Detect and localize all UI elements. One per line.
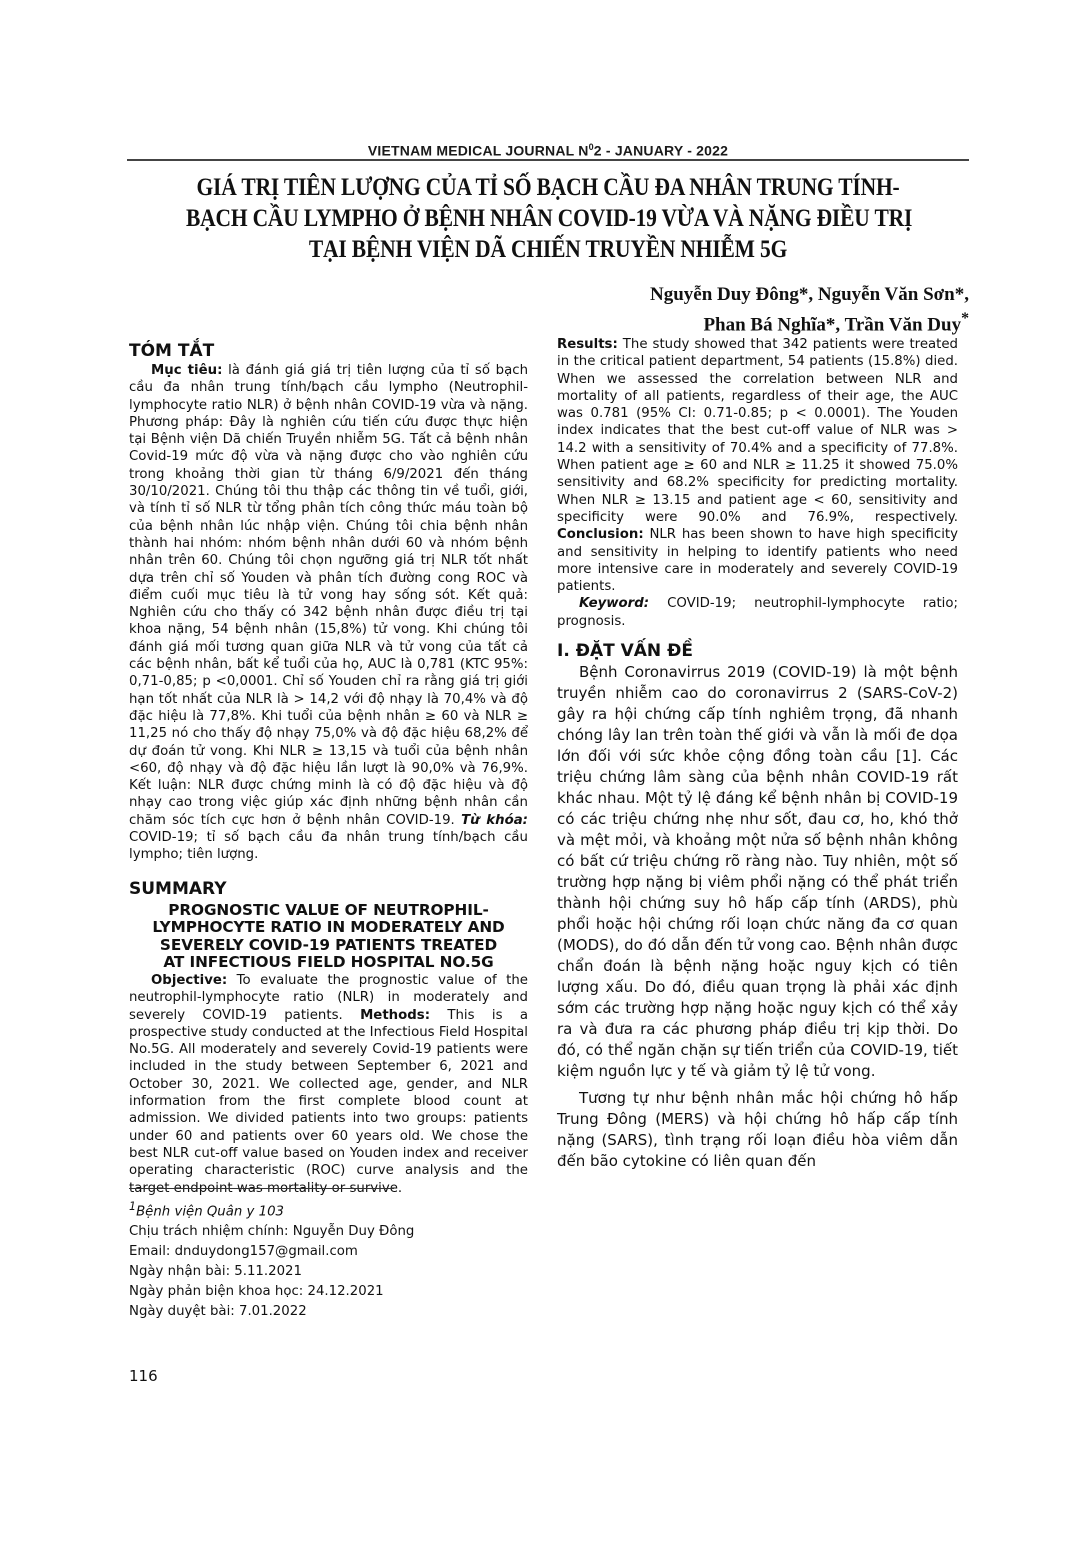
summary-title-line: LYMPHOCYTE RATIO IN MODERATELY AND (129, 919, 528, 937)
corresponding-author: Chịu trách nhiệm chính: Nguyễn Duy Đông (129, 1222, 414, 1242)
authors-line-1: Nguyễn Duy Đông*, Nguyễn Văn Sơn*, (650, 283, 969, 307)
authors-line-2-text: Phan Bá Nghĩa*, Trần Văn Duy (703, 314, 961, 335)
keyword-label-en: Keyword: (579, 596, 649, 611)
summary-body-right: Results: The study showed that 342 patie… (557, 336, 958, 595)
abstract-vi-text: là đánh giá giá trị tiên lượng của tỉ số… (129, 363, 528, 828)
author-sup: * (961, 310, 969, 327)
keywords-label-vi: Từ khóa: (461, 813, 528, 828)
conclusion-label: Conclusion: (557, 527, 644, 542)
summary-body-left: Objective: To evaluate the prognostic va… (129, 972, 528, 1197)
summary-heading: SUMMARY (129, 878, 528, 900)
keywords-vi: COVID-19; tỉ số bạch cầu đa nhân trung t… (129, 830, 528, 862)
accepted-date: Ngày duyệt bài: 7.01.2022 (129, 1302, 414, 1322)
affiliation: 1Bệnh viện Quân y 103 (129, 1197, 414, 1222)
email: Email: dnduydong157@gmail.com (129, 1242, 414, 1262)
summary-title-line: AT INFECTIOUS FIELD HOSPITAL NO.5G (129, 954, 528, 972)
review-date: Ngày phản biện khoa học: 24.12.2021 (129, 1282, 414, 1302)
affiliation-sup: 1 (129, 1200, 136, 1213)
journal-name: VIETNAM MEDICAL JOURNAL N (368, 143, 589, 159)
results-text: The study showed that 342 patients were … (557, 337, 958, 525)
article-title: GIÁ TRỊ TIÊN LƯỢNG CỦA TỈ SỐ BẠCH CẦU ĐA… (186, 172, 910, 265)
summary-title-line: SEVERELY COVID-19 PATIENTS TREATED (129, 937, 528, 955)
affiliation-text: Bệnh viện Quân y 103 (136, 1204, 284, 1219)
right-column: Results: The study showed that 342 patie… (557, 336, 958, 1172)
summary-title-line: PROGNOSTIC VALUE OF NEUTROPHIL- (129, 902, 528, 920)
left-column: TÓM TẮT Mục tiêu: là đánh giá giá trị ti… (129, 340, 528, 1197)
author-list: Nguyễn Duy Đông*, Nguyễn Văn Sơn*, Phan … (650, 283, 969, 337)
running-head: VIETNAM MEDICAL JOURNAL N02 - JANUARY - … (127, 142, 969, 159)
abstract-vi-heading: TÓM TẮT (129, 340, 528, 362)
abstract-vi-body: Mục tiêu: là đánh giá giá trị tiên lượng… (129, 362, 528, 864)
objective-label-vi: Mục tiêu: (151, 363, 222, 378)
title-line: BẠCH CẦU LYMPHO Ở BỆNH NHÂN COVID-19 VỪA… (186, 203, 910, 234)
footnote-rule (129, 1188, 394, 1189)
methods-label: Methods: (360, 1008, 430, 1023)
page-number: 116 (129, 1367, 158, 1385)
section-1-heading: I. ĐẶT VẤN ĐỀ (557, 640, 958, 662)
summary-title: PROGNOSTIC VALUE OF NEUTROPHIL- LYMPHOCY… (129, 902, 528, 972)
footnotes: 1Bệnh viện Quân y 103 Chịu trách nhiệm c… (129, 1197, 414, 1322)
results-label: Results: (557, 337, 618, 352)
section-1-para-1: Bệnh Coronavirrus 2019 (COVID-19) là một… (557, 662, 958, 1082)
title-line: GIÁ TRỊ TIÊN LƯỢNG CỦA TỈ SỐ BẠCH CẦU ĐA… (186, 172, 910, 203)
header-rule (127, 159, 969, 161)
methods-text: This is a prospective study conducted at… (129, 1008, 528, 1196)
journal-issue: 2 - JANUARY - 2022 (594, 143, 728, 159)
title-line: TẠI BỆNH VIỆN DÃ CHIẾN TRUYỀN NHIỄM 5G (186, 234, 910, 265)
section-1-para-2: Tương tự như bệnh nhân mắc hội chứng hô … (557, 1088, 958, 1172)
journal-page: VIETNAM MEDICAL JOURNAL N02 - JANUARY - … (0, 0, 1090, 1541)
keywords-en: Keyword: COVID-19; neutrophil-lymphocyte… (557, 595, 958, 630)
objective-label: Objective: (151, 973, 227, 988)
authors-line-2: Phan Bá Nghĩa*, Trần Văn Duy* (650, 307, 969, 337)
received-date: Ngày nhận bài: 5.11.2021 (129, 1262, 414, 1282)
